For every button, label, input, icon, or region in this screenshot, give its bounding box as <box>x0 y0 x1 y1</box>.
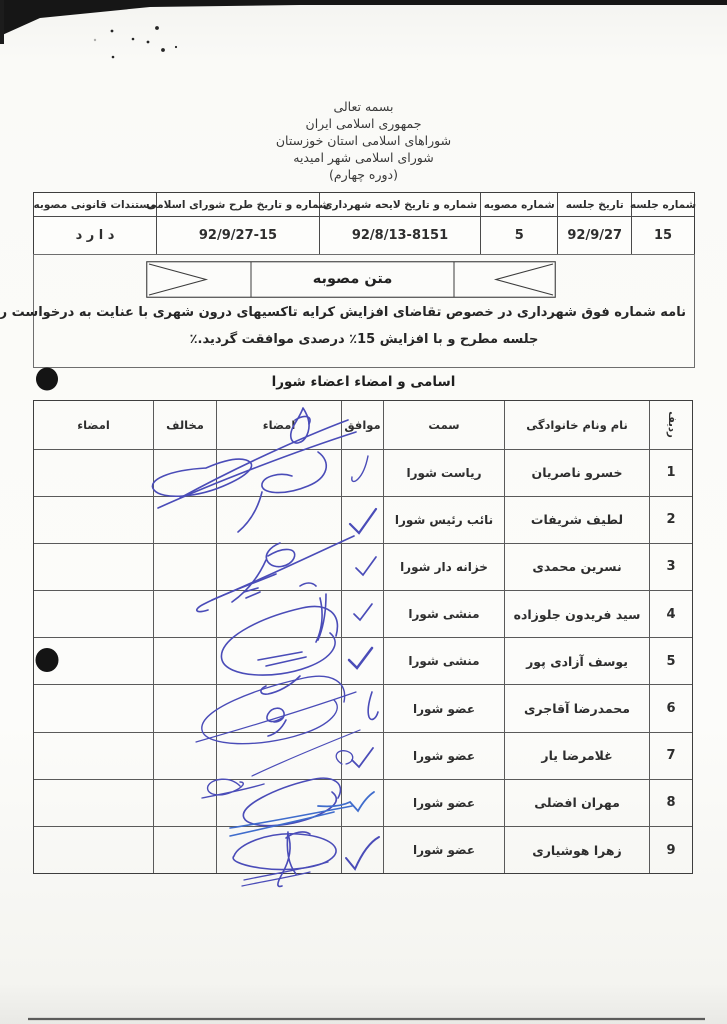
header-name: نام ونام خانوادگی <box>504 401 649 449</box>
member-row-no: 3 <box>649 544 692 590</box>
member-row: 5 یوسف آزادی پور منشی شورا <box>34 637 692 684</box>
signature-cell <box>216 544 341 590</box>
member-name: نسرین محمدی <box>504 544 649 590</box>
member-row-no: 9 <box>649 827 692 873</box>
opposed-cell <box>153 450 216 496</box>
member-position: منشی شورا <box>383 638 504 684</box>
ink-specks <box>94 26 177 58</box>
member-name: غلامرضا یار <box>504 733 649 779</box>
opposed-cell <box>153 733 216 779</box>
resolution-box: متن مصوبه نامه شماره فوق شهرداری در خصوص… <box>33 254 695 368</box>
member-position: عضو شورا <box>383 780 504 826</box>
header-agree: موافق <box>341 401 383 449</box>
info-value: 5 <box>481 217 558 254</box>
signature-cell-2 <box>34 733 153 779</box>
member-row: 8 مهران افضلی عضو شورا <box>34 779 692 826</box>
agree-cell <box>341 685 383 731</box>
member-row-no: 7 <box>649 733 692 779</box>
member-name: یوسف آزادی پور <box>504 638 649 684</box>
agree-cell <box>341 450 383 496</box>
member-row: 7 غلامرضا یار عضو شورا <box>34 732 692 779</box>
info-header: تاریخ جلسه <box>558 193 631 217</box>
scanned-document-page: بسمه تعالی جمهوری اسلامی ایران شوراهای ا… <box>0 0 727 1024</box>
signature-cell-2 <box>34 827 153 873</box>
info-value: د ا ر د <box>34 217 156 254</box>
signature-cell-2 <box>34 544 153 590</box>
opposed-cell <box>153 591 216 637</box>
member-position: عضو شورا <box>383 827 504 873</box>
agree-cell <box>341 591 383 637</box>
info-col-bill-no-date: شماره و تاریخ لایحه شهرداری 92/8/13-8151 <box>319 193 480 254</box>
member-row-no: 2 <box>649 497 692 543</box>
member-name: سید فریدون جلوزاده <box>504 591 649 637</box>
header-signature: امضاء <box>216 401 341 449</box>
info-col-resolution-no: شماره مصوبه 5 <box>480 193 558 254</box>
member-name: مهران افضلی <box>504 780 649 826</box>
letterhead-line-basmala: بسمه تعالی <box>0 98 727 115</box>
members-table: ردیف نام ونام خانوادگی سمت موافق امضاء م… <box>33 400 693 874</box>
opposed-cell <box>153 780 216 826</box>
letterhead-line-country: جمهوری اسلامی ایران <box>0 115 727 132</box>
agree-cell <box>341 733 383 779</box>
member-position: منشی شورا <box>383 591 504 637</box>
opposed-cell <box>153 497 216 543</box>
signature-cell <box>216 591 341 637</box>
member-name: زهرا هوشیاری <box>504 827 649 873</box>
opposed-cell <box>153 638 216 684</box>
info-header: مستندات قانونی مصوبه <box>34 193 156 217</box>
info-col-session-date: تاریخ جلسه 92/9/27 <box>557 193 631 254</box>
letterhead-line-city-council: شورای اسلامی شهر امیدیه <box>0 149 727 166</box>
member-name: لطیف شریفات <box>504 497 649 543</box>
info-value: 92/8/13-8151 <box>320 217 480 254</box>
header-position: سمت <box>383 401 504 449</box>
info-value: 15 <box>632 217 694 254</box>
signature-cell <box>216 780 341 826</box>
signature-cell-2 <box>34 638 153 684</box>
member-row: 1 خسرو ناصریان ریاست شورا <box>34 449 692 496</box>
member-position: عضو شورا <box>383 733 504 779</box>
agree-cell <box>341 497 383 543</box>
opposed-cell <box>153 544 216 590</box>
info-header: شماره و تاریخ لایحه شهرداری <box>320 193 480 217</box>
member-row: 2 لطیف شریفات نائب رئیس شورا <box>34 496 692 543</box>
agree-cell <box>341 638 383 684</box>
signature-cell <box>216 450 341 496</box>
member-position: ریاست شورا <box>383 450 504 496</box>
header-opposed: مخالف <box>153 401 216 449</box>
letterhead-line-province-councils: شوراهای اسلامی استان خوزستان <box>0 132 727 149</box>
agree-cell <box>341 780 383 826</box>
signature-cell <box>216 638 341 684</box>
signature-cell <box>216 497 341 543</box>
letterhead: بسمه تعالی جمهوری اسلامی ایران شوراهای ا… <box>0 98 727 183</box>
member-row: 9 زهرا هوشیاری عضو شورا <box>34 826 692 873</box>
signature-cell-2 <box>34 780 153 826</box>
member-row-no: 4 <box>649 591 692 637</box>
resolution-text-line1: نامه شماره فوق شهرداری در خصوص تقاضای اف… <box>42 305 686 320</box>
signature-cell <box>216 685 341 731</box>
member-name: خسرو ناصریان <box>504 450 649 496</box>
info-header: شماره مصوبه <box>481 193 558 217</box>
header-row-no: ردیف <box>649 401 692 449</box>
agree-cell <box>341 544 383 590</box>
info-col-legal-docs: مستندات قانونی مصوبه د ا ر د <box>34 193 156 254</box>
member-position: خزانه دار شورا <box>383 544 504 590</box>
opposed-cell <box>153 685 216 731</box>
info-value: 92/9/27-15 <box>157 217 319 254</box>
signature-cell-2 <box>34 450 153 496</box>
member-position: نائب رئیس شورا <box>383 497 504 543</box>
signature-cell <box>216 733 341 779</box>
resolution-text-line2: جلسه مطرح و با افزایش 15٪ درصدی موافقت گ… <box>42 332 686 347</box>
info-header: شماره و تاریخ طرح شورای اسلامی <box>157 193 319 217</box>
info-header: شماره جلسه <box>632 193 694 217</box>
signature-cell-2 <box>34 685 153 731</box>
signature-cell-2 <box>34 497 153 543</box>
letterhead-line-term: (دوره چهارم) <box>0 166 727 183</box>
signature-cell-2 <box>34 591 153 637</box>
session-info-table: شماره جلسه 15 تاریخ جلسه 92/9/27 شماره م… <box>33 192 695 255</box>
opposed-cell <box>153 827 216 873</box>
info-value: 92/9/27 <box>558 217 631 254</box>
members-section-title: اسامی و امضاء اعضاء شورا <box>0 374 727 390</box>
agree-cell <box>341 827 383 873</box>
member-row-no: 1 <box>649 450 692 496</box>
resolution-banner-title: متن مصوبه <box>251 264 454 294</box>
member-row-no: 6 <box>649 685 692 731</box>
info-col-session-no: شماره جلسه 15 <box>631 193 694 254</box>
header-signature-2: امضاء <box>34 401 153 449</box>
signature-cell <box>216 827 341 873</box>
members-header-row: ردیف نام ونام خانوادگی سمت موافق امضاء م… <box>34 401 692 449</box>
member-name: محمدرضا آقاجری <box>504 685 649 731</box>
member-row: 6 محمدرضا آقاجری عضو شورا <box>34 684 692 731</box>
member-row: 3 نسرین محمدی خزانه دار شورا <box>34 543 692 590</box>
member-position: عضو شورا <box>383 685 504 731</box>
member-row-no: 5 <box>649 638 692 684</box>
member-row-no: 8 <box>649 780 692 826</box>
info-col-plan-no-date: شماره و تاریخ طرح شورای اسلامی 92/9/27-1… <box>156 193 319 254</box>
member-row: 4 سید فریدون جلوزاده منشی شورا <box>34 590 692 637</box>
